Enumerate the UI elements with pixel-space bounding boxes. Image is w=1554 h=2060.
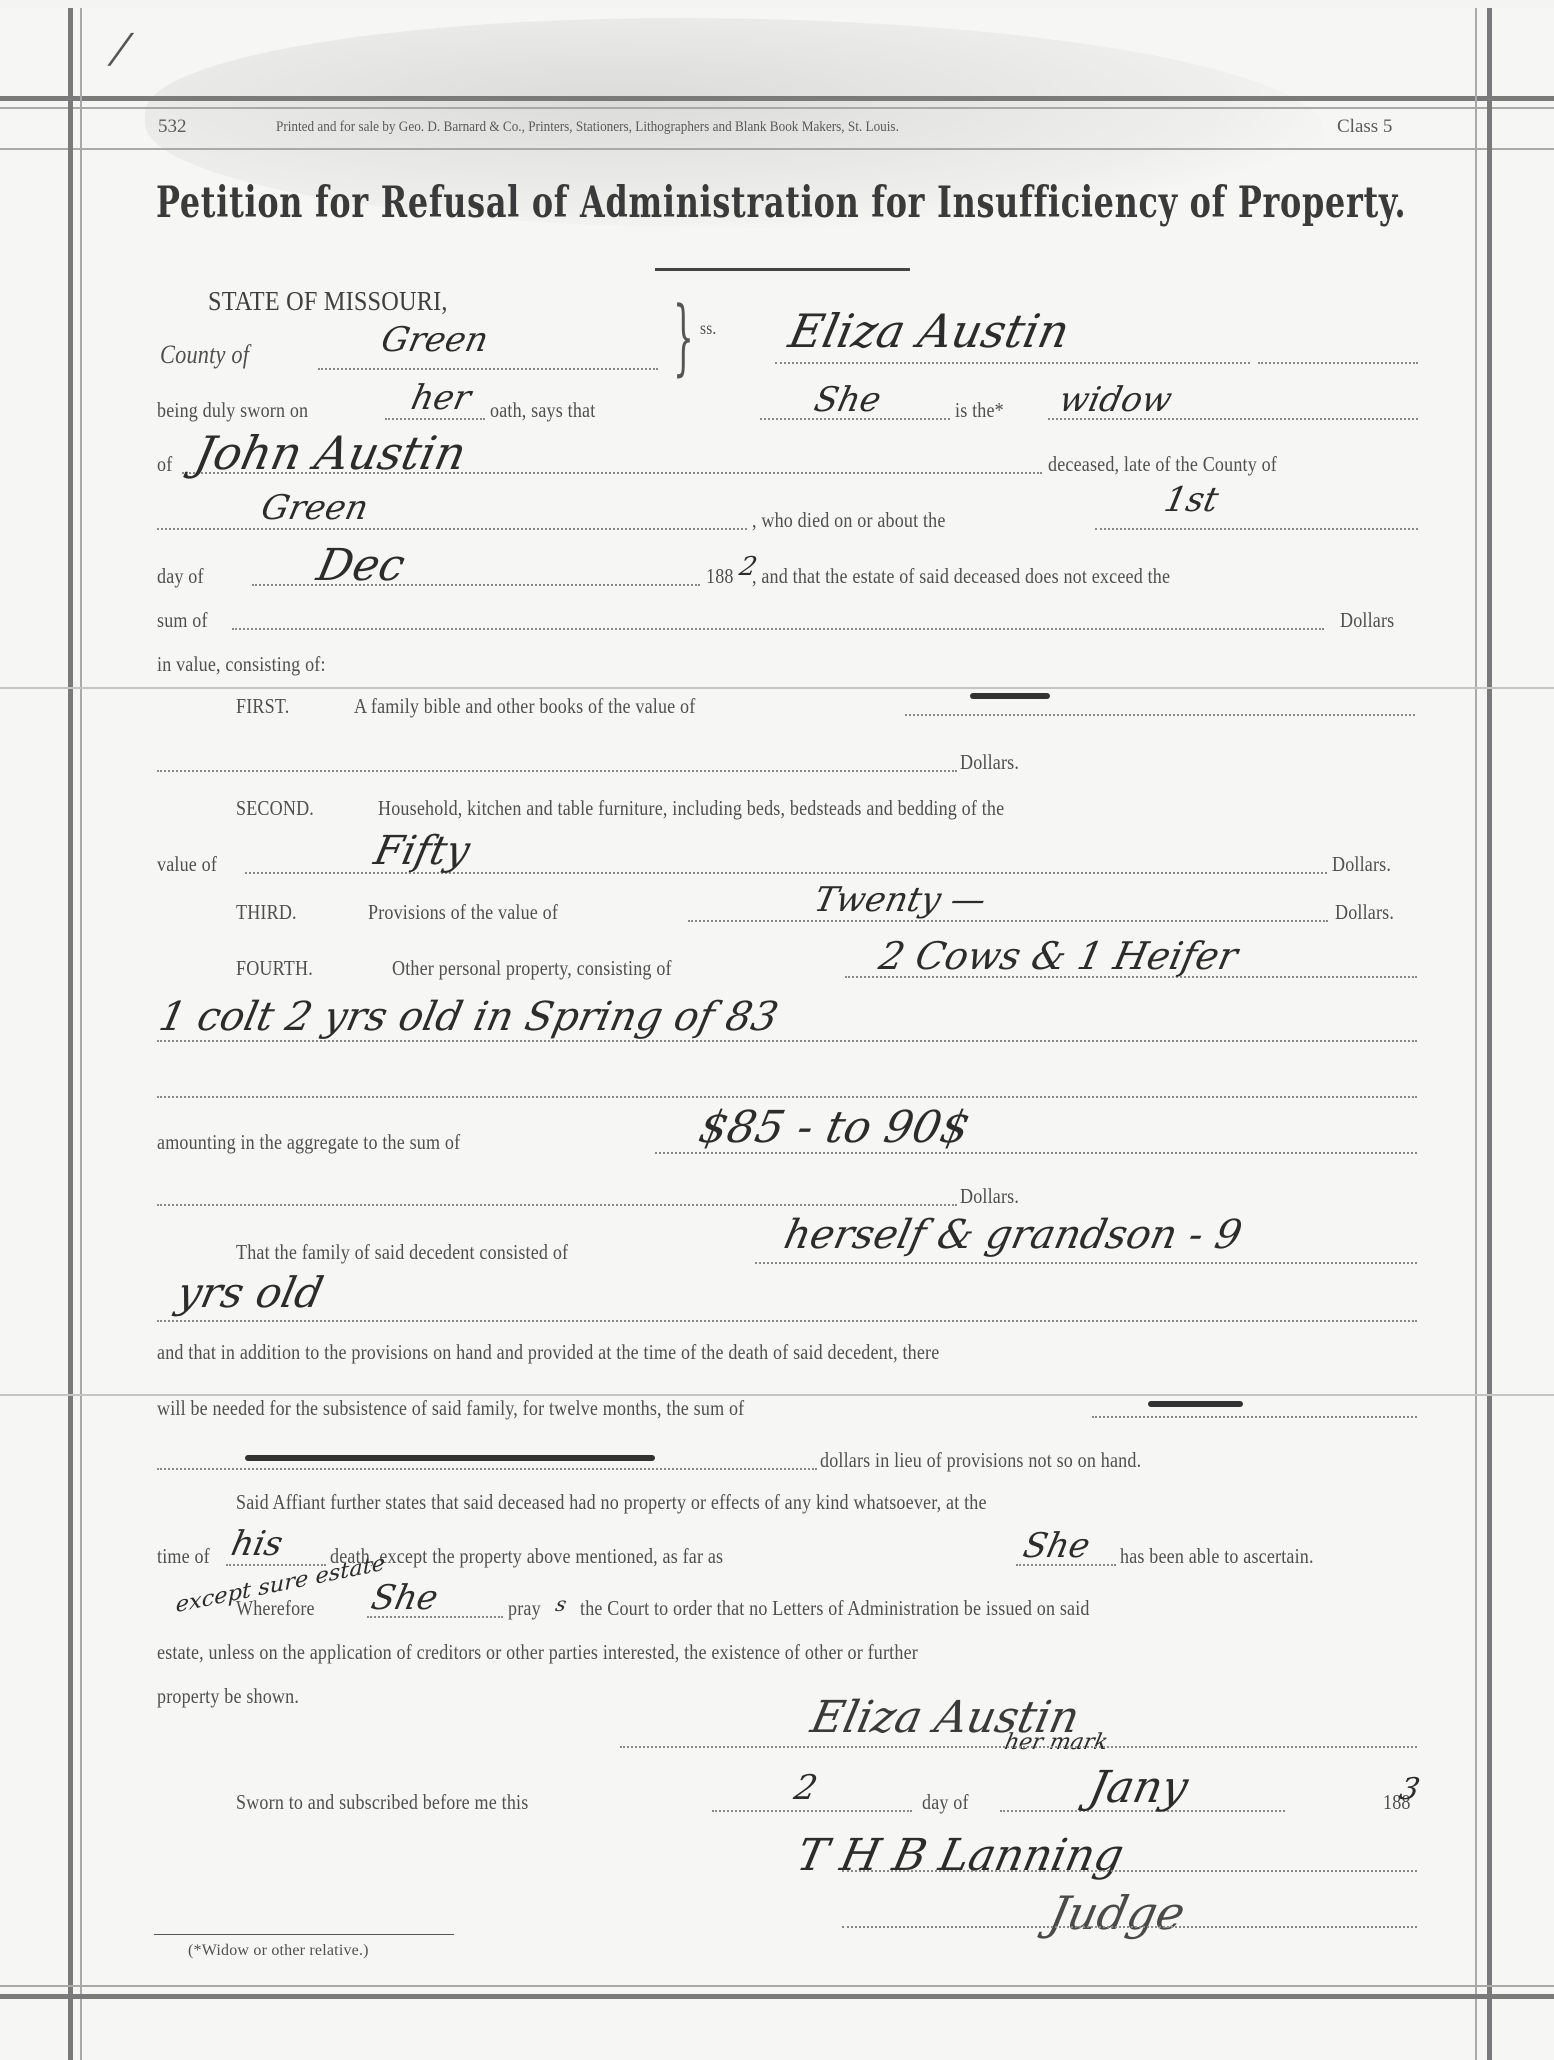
third-dollars: Dollars. — [1335, 900, 1394, 925]
provisions-line2: will be needed for the subsistence of sa… — [157, 1396, 744, 1421]
deceased-name: John Austin — [190, 426, 471, 480]
border-top-thin — [0, 107, 1554, 109]
state-label: STATE OF MISSOURI, — [208, 286, 448, 317]
affiant-line5: property be shown. — [157, 1684, 299, 1709]
county-field-line — [318, 368, 658, 370]
form-number: 532 — [158, 116, 187, 138]
border-top-thick — [0, 96, 1554, 101]
border-right-thick — [1487, 8, 1492, 2060]
pronoun1-line — [385, 418, 485, 420]
pronoun2-value: She — [811, 380, 885, 420]
fourth-value-line-3 — [157, 1096, 1417, 1098]
late-county-line — [157, 528, 747, 530]
wherefore-she-value: She — [368, 1578, 442, 1618]
fourth-value-line2: 1 colt 2 yrs old in Spring of 83 — [155, 994, 782, 1040]
wherefore-label: Wherefore — [236, 1596, 315, 1621]
paper-fold — [0, 687, 1554, 689]
provisions-line1: and that in addition to the provisions o… — [157, 1340, 939, 1365]
second-value-of: value of — [157, 852, 217, 877]
third-label: THIRD. — [236, 900, 297, 925]
affiant-field-line-2 — [1258, 362, 1418, 364]
fourth-text: Other personal property, consisting of — [392, 956, 672, 981]
affiant-line3-end: the Court to order that no Letters of Ad… — [580, 1596, 1090, 1621]
first-text: A family bible and other books of the va… — [354, 694, 695, 719]
fourth-label: FOURTH. — [236, 956, 313, 981]
day-of-label: day of — [157, 564, 204, 589]
border-right-thin — [1475, 8, 1477, 2060]
class-label: Class 5 — [1337, 116, 1392, 138]
is-the-label: is the* — [955, 398, 1004, 423]
of-label: of — [157, 452, 172, 477]
second-dollars: Dollars. — [1332, 852, 1391, 877]
death-day-value: 1st — [1161, 480, 1222, 520]
county-value: Green — [378, 320, 492, 360]
family-value-line-2 — [157, 1320, 1417, 1322]
second-label: SECOND. — [236, 796, 314, 821]
oath-prefix: being duly sworn on — [157, 398, 308, 423]
family-value-line1: herself & grandson - 9 — [780, 1212, 1246, 1258]
she-value: She — [1020, 1526, 1094, 1566]
late-county-value: Green — [258, 488, 372, 528]
affiant-field-line — [775, 362, 1250, 364]
died-label: , who died on or about the — [752, 508, 946, 533]
aggregate-line-2 — [157, 1204, 957, 1206]
first-value-line-2 — [157, 770, 957, 772]
subsistence-value-line — [1092, 1416, 1417, 1418]
subsistence-line-2 — [157, 1468, 817, 1470]
third-value: Twenty — — [811, 880, 990, 920]
his-value: his — [228, 1524, 287, 1564]
death-month-value: Dec — [313, 540, 410, 591]
second-text: Household, kitchen and table furniture, … — [378, 796, 1004, 821]
family-label: That the family of said decedent consist… — [236, 1240, 568, 1265]
affiant-line2-end: has been able to ascertain. — [1120, 1544, 1314, 1569]
affiant-line2-mid: death, except the property above mention… — [330, 1544, 723, 1569]
first-dollars: Dollars. — [960, 750, 1019, 775]
pray-label: pray — [508, 1596, 541, 1621]
border-bottom-thin — [0, 1985, 1554, 1987]
official-signature: T H B Lanning — [793, 1830, 1129, 1881]
signature-line — [620, 1746, 1417, 1748]
aggregate-value: $85 - to 90$ — [695, 1102, 975, 1153]
sum-of-label: sum of — [157, 608, 208, 633]
fourth-value-line1: 2 Cows & 1 Heifer — [875, 934, 1241, 978]
provisions-line3: dollars in lieu of provisions not so on … — [820, 1448, 1141, 1473]
third-text: Provisions of the value of — [368, 900, 558, 925]
time-of-label: time of — [157, 1544, 210, 1569]
family-value-line — [755, 1262, 1417, 1264]
jurat-day-line — [712, 1810, 912, 1812]
sum-field-line — [232, 628, 1324, 630]
affiant-statement-line1: Said Affiant further states that said de… — [236, 1490, 987, 1515]
first-value-dash — [970, 693, 1050, 699]
subsistence-value-dash — [1148, 1401, 1243, 1407]
printer-line: Printed and for sale by Geo. D. Barnard … — [276, 119, 899, 136]
relation-value: widow — [1056, 380, 1176, 420]
official-title: Judge — [1044, 1886, 1190, 1940]
footnote-rule — [154, 1934, 454, 1935]
first-label: FIRST. — [236, 694, 289, 719]
affiant-signature: Eliza Austin — [807, 1692, 1084, 1743]
consisting-label: in value, consisting of: — [157, 652, 326, 677]
oath-mid: oath, says that — [490, 398, 595, 423]
jurat-day-of: day of — [922, 1790, 969, 1815]
ss-brace: } — [673, 290, 694, 385]
ss-label: ss. — [700, 318, 716, 339]
pronoun1-value: her — [408, 378, 475, 418]
fourth-value-line-2 — [157, 1040, 1417, 1042]
affiant-line4: estate, unless on the application of cre… — [157, 1640, 918, 1665]
border-left-thick — [68, 8, 73, 2060]
footnote: (*Widow or other relative.) — [188, 1942, 369, 1960]
third-value-line — [688, 920, 1328, 922]
death-day-line — [1095, 528, 1418, 530]
border-bottom-thick — [0, 1994, 1554, 1999]
affiant-name: Eliza Austin — [784, 304, 1074, 358]
county-label: County of — [160, 340, 249, 370]
title-underline — [655, 268, 910, 271]
estate-clause: , and that the estate of said deceased d… — [752, 564, 1170, 589]
header-rule — [0, 148, 1554, 150]
year-prefix: 188 — [706, 564, 734, 589]
aggregate-dollars: Dollars. — [960, 1184, 1019, 1209]
aggregate-label: amounting in the aggregate to the sum of — [157, 1130, 460, 1155]
deceased-suffix: deceased, late of the County of — [1048, 452, 1277, 477]
first-value-line — [905, 714, 1415, 716]
family-value-line2: yrs old — [173, 1268, 328, 1317]
jurat-month: Jany — [1085, 1762, 1193, 1813]
document-title: Petition for Refusal of Administration f… — [156, 178, 1406, 228]
jurat-label: Sworn to and subscribed before me this — [236, 1790, 528, 1815]
official-line — [842, 1870, 1417, 1872]
sum-dollars: Dollars — [1340, 608, 1394, 633]
second-value: Fifty — [370, 828, 474, 874]
subsistence-line-2-dash — [245, 1455, 655, 1461]
border-left-thin — [80, 8, 82, 2060]
official-title-line — [842, 1926, 1417, 1928]
